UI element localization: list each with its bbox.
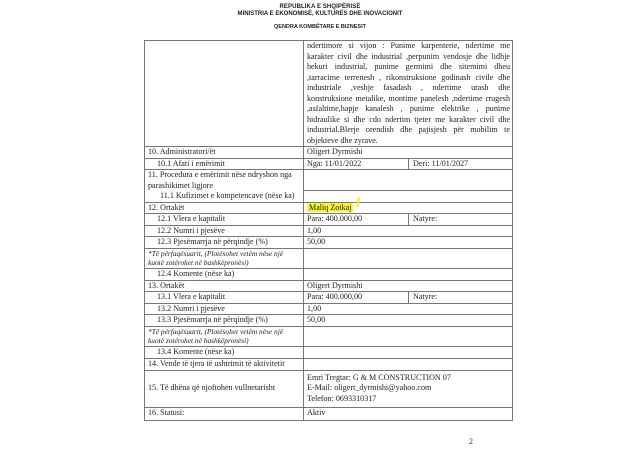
partner-13-value: Oligert Dyrmishi [304, 280, 513, 292]
partner-12-name-highlighted: Maliq Zotkaj [307, 203, 353, 212]
status-label: 16. Statusi: [145, 407, 304, 420]
partner-13-capital-cell: Para: 400.000,00 Natyre: [304, 292, 513, 304]
voluntary-info-cell: Emri Tregtar: G & M CONSTRUCTION 07 E-Ma… [304, 370, 513, 407]
appointment-term-label: 10.1 Afati i emërimit [145, 158, 304, 170]
header-republic: REPUBLIKA E SHQIPËRISË [0, 4, 640, 10]
appointment-from: Nga: 11/01/2022 [307, 159, 409, 170]
phone: Telefon: 0693310317 [307, 394, 509, 405]
partner-12-value-cell: Maliq Zotkaj [304, 202, 513, 214]
other-locations-label: 14. Vende të tjera të ushtrimit të aktiv… [145, 358, 304, 370]
partner-12-representative-note: *Të përfaqësuarit, (Plotësohet vetëm nës… [145, 248, 304, 268]
voluntary-info-label: 15. Të dhëna që njoftohen vullnetarisht [145, 370, 304, 407]
partner-13-comments-label: 13.4 Komente (nëse ka) [145, 346, 304, 358]
partner-13-representative-note: *Të përfaqësuarit, (Plotësohet vetëm nës… [145, 326, 304, 346]
email: E-Mail: oligert_dyrmishi@yahoo.com [307, 383, 509, 394]
row-status: 16. Statusi: Aktiv [145, 407, 513, 420]
partner-13-representative-value [304, 326, 513, 346]
appointment-procedure-label: 11. Procedura e emërimit nëse ndryshon n… [145, 170, 304, 203]
partner-12-representative-value [304, 248, 513, 268]
partner-13-capital-value: Para: 400.000,00 [307, 292, 409, 303]
administrator-label: 10. Administratori/ët [145, 147, 304, 159]
trade-name: Emri Tregtar: G & M CONSTRUCTION 07 [307, 373, 509, 384]
partner-13-label: 13. Ortakët [145, 280, 304, 292]
partner-12-shares-label: 12.2 Numri i pjesëve [145, 225, 304, 237]
partner-13-nature: Natyre: [409, 292, 437, 303]
partner-12-percent-label: 12.3 Pjesëmarrja në përqindje (%) [145, 237, 304, 249]
appointment-procedure-value [304, 170, 513, 191]
status-value: Aktiv [304, 407, 513, 420]
partner-12-percent-value: 50,00 [304, 237, 513, 249]
header-center: QENDRA KOMBËTARE E BIZNESIT [0, 24, 640, 30]
partner-13-comments-value [304, 346, 513, 358]
partner-12-shares-value: 1,00 [304, 225, 513, 237]
competence-limits-label: 11.1 Kufizimet e kompetencave (nëse ka) [148, 191, 300, 202]
activity-label-cell [145, 41, 304, 147]
partner-12-name: Maliq Zotkaj [309, 203, 351, 212]
registry-table: ndertimore si vijon : Punime karpenterie… [144, 40, 513, 421]
partner-12-label: 12. Ortakët [145, 202, 304, 214]
partner-12-capital-label: 12.1 Vlera e kapitalit [145, 214, 304, 226]
other-locations-value [304, 358, 513, 370]
page-number: 2 [469, 437, 473, 446]
row-administrator: 10. Administratori/ët Oligert Dyrmishi [145, 147, 513, 159]
procedure-label-text: 11. Procedura e emërimit nëse ndryshon n… [148, 170, 300, 191]
row-partner-12-representative: *Të përfaqësuarit, (Plotësohet vetëm nës… [145, 248, 513, 268]
partner-12-nature: Natyre: [409, 214, 437, 225]
row-partner-12-capital: 12.1 Vlera e kapitalit Para: 400.000,00 … [145, 214, 513, 226]
partner-12-comments-value [304, 268, 513, 280]
row-partner-12-shares: 12.2 Numri i pjesëve 1,00 [145, 225, 513, 237]
partner-12-comments-label: 12.4 Komente (nëse ka) [145, 268, 304, 280]
row-partner-12-comments: 12.4 Komente (nëse ka) [145, 268, 513, 280]
row-partner-13-representative: *Të përfaqësuarit, (Plotësohet vetëm nës… [145, 326, 513, 346]
administrator-value: Oligert Dyrmishi [304, 147, 513, 159]
header-ministry: MINISTRIA E EKONOMISË, KULTURËS DHE INOV… [0, 11, 640, 17]
row-voluntary-info: 15. Të dhëna që njoftohen vullnetarisht … [145, 370, 513, 407]
partner-13-shares-value: 1,00 [304, 303, 513, 315]
row-partner-12-percent: 12.3 Pjesëmarrja në përqindje (%) 50,00 [145, 237, 513, 249]
activity-description: ndertimore si vijon : Punime karpenterie… [304, 41, 513, 147]
row-other-locations: 14. Vende të tjera të ushtrimit të aktiv… [145, 358, 513, 370]
row-partner-13-comments: 13.4 Komente (nëse ka) [145, 346, 513, 358]
partner-13-capital-label: 13.1 Vlera e kapitalit [145, 292, 304, 304]
partner-13-shares-label: 13.2 Numri i pjesëve [145, 303, 304, 315]
partner-13-percent-value: 50,00 [304, 315, 513, 327]
row-appointment-term: 10.1 Afati i emërimit Nga: 11/01/2022 De… [145, 158, 513, 170]
row-partner-13-capital: 13.1 Vlera e kapitalit Para: 400.000,00 … [145, 292, 513, 304]
row-partner-13-shares: 13.2 Numri i pjesëve 1,00 [145, 303, 513, 315]
partner-12-capital-cell: Para: 400.000,00 Natyre: [304, 214, 513, 226]
partner-12-capital-value: Para: 400.000,00 [307, 214, 409, 225]
competence-limits-value [304, 191, 513, 202]
row-partner-12: 12. Ortakët Maliq Zotkaj [145, 202, 513, 214]
activity-row: ndertimore si vijon : Punime karpenterie… [145, 41, 513, 147]
partner-13-percent-label: 13.3 Pjesëmarrja në përqindje (%) [145, 315, 304, 327]
row-partner-13-percent: 13.3 Pjesëmarrja në përqindje (%) 50,00 [145, 315, 513, 327]
appointment-to: Deri: 11/01/2027 [409, 159, 468, 170]
row-appointment-procedure: 11. Procedura e emërimit nëse ndryshon n… [145, 170, 513, 191]
appointment-term-cell: Nga: 11/01/2022 Deri: 11/01/2027 [304, 158, 513, 170]
row-partner-13: 13. Ortakët Oligert Dyrmishi [145, 280, 513, 292]
